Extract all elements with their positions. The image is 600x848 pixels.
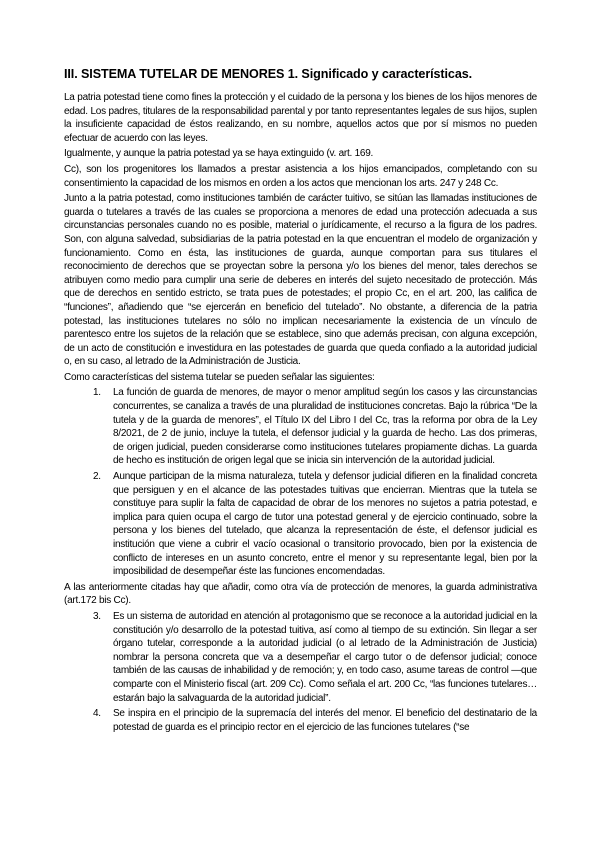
list-item-number: 3.	[93, 610, 113, 705]
list-item-number: 4.	[93, 707, 113, 734]
list-item-text: Es un sistema de autoridad en atención a…	[113, 610, 537, 705]
paragraph-progenitores: Cc), son los progenitores los llamados a…	[64, 163, 537, 190]
list-item-number: 2.	[93, 470, 113, 579]
list-item-text: La función de guarda de menores, de mayo…	[113, 386, 537, 468]
document-page: III. SISTEMA TUTELAR DE MENORES 1. Signi…	[0, 0, 600, 848]
page-title: III. SISTEMA TUTELAR DE MENORES 1. Signi…	[64, 68, 537, 81]
list-item-2: 2. Aunque participan de la misma natural…	[64, 470, 537, 579]
numbered-list-part-2: 3. Es un sistema de autoridad en atenció…	[64, 610, 537, 734]
list-item-text: Aunque participan de la misma naturaleza…	[113, 470, 537, 579]
list-item-1: 1. La función de guarda de menores, de m…	[64, 386, 537, 468]
paragraph-patria-potestad: La patria potestad tiene como fines la p…	[64, 91, 537, 145]
paragraph-caracteristicas-intro: Como características del sistema tutelar…	[64, 371, 537, 385]
list-item-4: 4. Se inspira en el principio de la supr…	[64, 707, 537, 734]
list-item-3: 3. Es un sistema de autoridad en atenció…	[64, 610, 537, 705]
list-item-text: Se inspira en el principio de la suprema…	[113, 707, 537, 734]
list-item-number: 1.	[93, 386, 113, 468]
numbered-list-part-1: 1. La función de guarda de menores, de m…	[64, 386, 537, 578]
paragraph-junto-a-la-patria: Junto a la patria potestad, como institu…	[64, 192, 537, 369]
paragraph-guarda-administrativa: A las anteriormente citadas hay que añad…	[64, 581, 537, 608]
paragraph-igualmente: Igualmente, y aunque la patria potestad …	[64, 147, 537, 161]
